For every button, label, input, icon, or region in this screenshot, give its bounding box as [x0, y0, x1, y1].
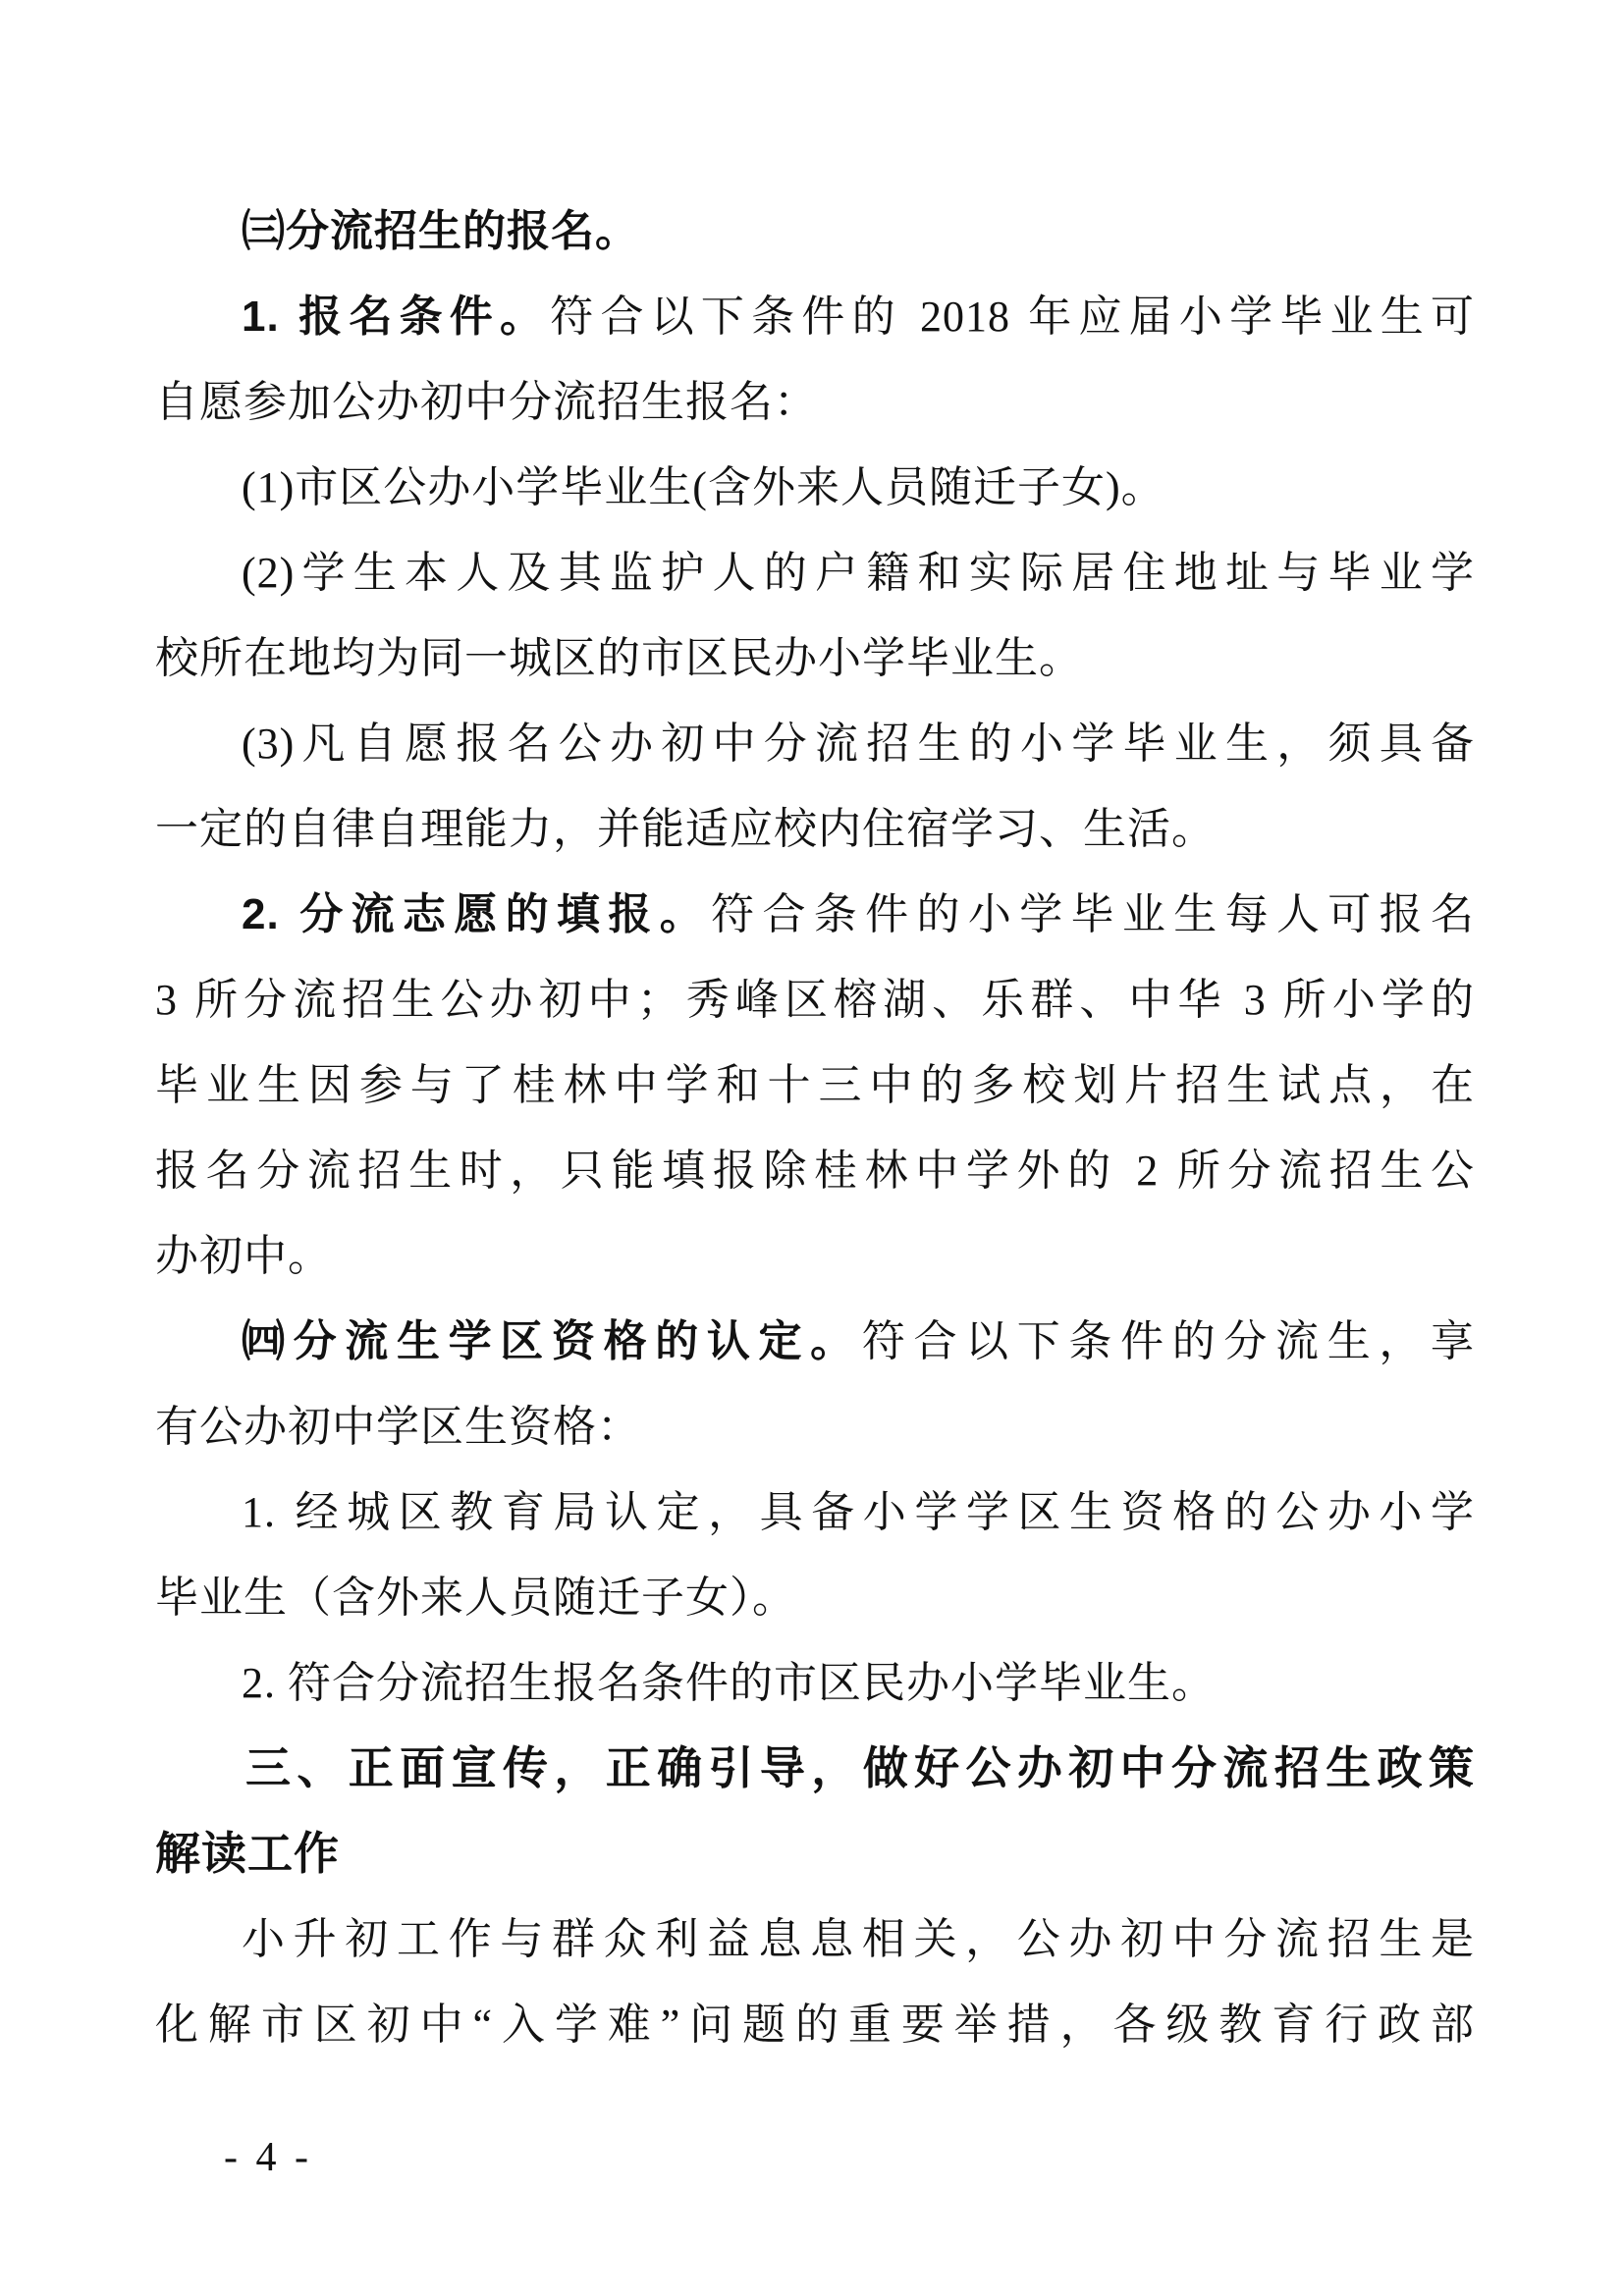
section-heading-line: 解读工作 [155, 1811, 1475, 1896]
body-text: 1. 经城区教育局认定，具备小学学区生资格的公办小学 [242, 1488, 1475, 1536]
body-text: 符合条件的小学毕业生每人可报名 [711, 890, 1475, 938]
body-text: 符合以下条件的 2018 年应届小学毕业生可 [550, 293, 1475, 341]
document-lines: ㈢分流招生的报名。1. 报名条件。符合以下条件的 2018 年应届小学毕业生可自… [155, 188, 1475, 2067]
bold-lead-text: ㈢分流招生的报名。 [242, 207, 639, 255]
text-line: 办初中。 [155, 1213, 1475, 1299]
body-text: 毕业生因参与了桂林中学和十三中的多校划片招生试点，在 [155, 1061, 1475, 1109]
body-text: 符合以下条件的分流生，享 [862, 1317, 1475, 1365]
body-text: 一定的自律自理能力，并能适应校内住宿学习、生活。 [155, 805, 1216, 853]
bold-lead-text: 2. 分流志愿的填报。 [242, 890, 711, 938]
body-text: 解读工作 [155, 1828, 340, 1879]
text-line: (2)学生本人及其监护人的户籍和实际居住地址与毕业学 [155, 530, 1475, 615]
body-text: (3)凡自愿报名公办初中分流招生的小学毕业生，须具备 [242, 720, 1475, 768]
body-text: (2)学生本人及其监护人的户籍和实际居住地址与毕业学 [242, 549, 1475, 597]
text-line: 2. 分流志愿的填报。符合条件的小学毕业生每人可报名 [155, 872, 1475, 957]
body-text: 3 所分流招生公办初中；秀峰区榕湖、乐群、中华 3 所小学的 [155, 976, 1475, 1024]
text-line: 毕业生因参与了桂林中学和十三中的多校划片招生试点，在 [155, 1042, 1475, 1128]
text-line: 一定的自律自理能力，并能适应校内住宿学习、生活。 [155, 786, 1475, 872]
text-line: 有公办初中学区生资格： [155, 1384, 1475, 1469]
text-line: 自愿参加公办初中分流招生报名： [155, 359, 1475, 445]
body-text: 自愿参加公办初中分流招生报名： [155, 378, 818, 426]
text-line: 1. 经城区教育局认定，具备小学学区生资格的公办小学 [155, 1469, 1475, 1555]
body-text: 2. 符合分流招生报名条件的市区民办小学毕业生。 [242, 1659, 1216, 1707]
text-line: 1. 报名条件。符合以下条件的 2018 年应届小学毕业生可 [155, 274, 1475, 359]
text-line: 3 所分流招生公办初中；秀峰区榕湖、乐群、中华 3 所小学的 [155, 957, 1475, 1042]
text-line: ㈢分流招生的报名。 [155, 188, 1475, 274]
page-number: - 4 - [224, 2128, 312, 2187]
document-body: ㈢分流招生的报名。1. 报名条件。符合以下条件的 2018 年应届小学毕业生可自… [155, 188, 1475, 2067]
text-line: 校所在地均为同一城区的市区民办小学毕业生。 [155, 615, 1475, 701]
body-text: 办初中。 [155, 1232, 332, 1280]
bold-lead-text: ㈣分流生学区资格的认定。 [242, 1317, 862, 1365]
text-line: 化解市区初中“入学难”问题的重要举措，各级教育行政部 [155, 1982, 1475, 2067]
section-heading-line: 三、正面宣传，正确引导，做好公办初中分流招生政策 [155, 1726, 1475, 1811]
text-line: 2. 符合分流招生报名条件的市区民办小学毕业生。 [155, 1640, 1475, 1726]
body-text: 报名分流招生时，只能填报除桂林中学外的 2 所分流招生公 [155, 1147, 1475, 1195]
text-line: 报名分流招生时，只能填报除桂林中学外的 2 所分流招生公 [155, 1128, 1475, 1213]
bold-lead-text: 1. 报名条件。 [242, 293, 550, 341]
body-text: 毕业生（含外来人员随迁子女）。 [155, 1574, 796, 1622]
body-text: 化解市区初中“入学难”问题的重要举措，各级教育行政部 [155, 2001, 1475, 2049]
body-text: (1)市区公办小学毕业生(含外来人员随迁子女)。 [242, 463, 1165, 511]
document-page: ㈢分流招生的报名。1. 报名条件。符合以下条件的 2018 年应届小学毕业生可自… [0, 0, 1624, 2296]
text-line: 毕业生（含外来人员随迁子女）。 [155, 1555, 1475, 1640]
body-text: 小升初工作与群众利益息息相关，公办初中分流招生是 [242, 1915, 1475, 1963]
body-text: 三、正面宣传，正确引导，做好公办初中分流招生政策 [245, 1742, 1475, 1793]
text-line: (3)凡自愿报名公办初中分流招生的小学毕业生，须具备 [155, 701, 1475, 786]
body-text: 有公办初中学区生资格： [155, 1403, 641, 1451]
text-line: ㈣分流生学区资格的认定。符合以下条件的分流生，享 [155, 1299, 1475, 1384]
text-line: (1)市区公办小学毕业生(含外来人员随迁子女)。 [155, 445, 1475, 530]
text-line: 小升初工作与群众利益息息相关，公办初中分流招生是 [155, 1896, 1475, 1982]
body-text: 校所在地均为同一城区的市区民办小学毕业生。 [155, 634, 1083, 682]
